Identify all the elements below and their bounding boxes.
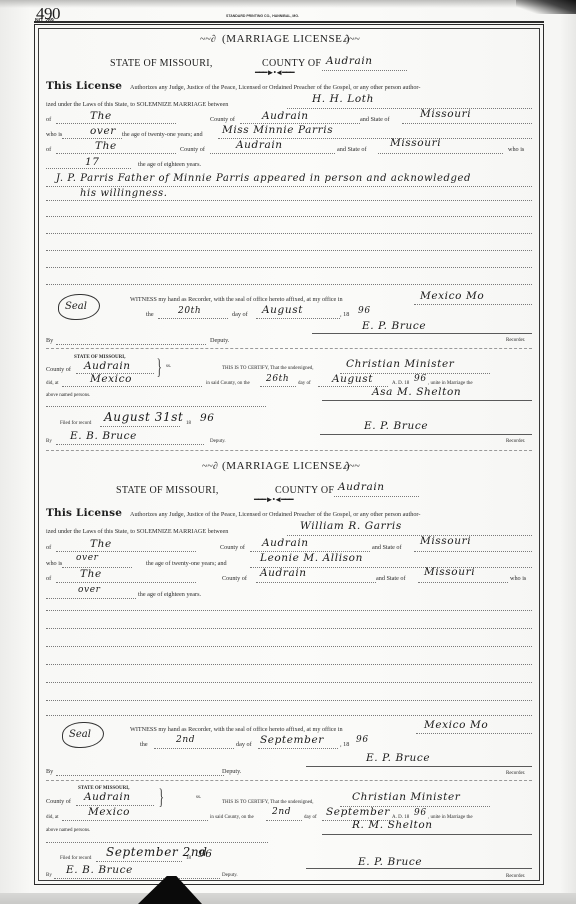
license-county: Audrain	[326, 55, 373, 67]
ceremony-month: August	[332, 373, 373, 385]
ornament-rule: ━━━►•◄━━━	[254, 495, 293, 504]
bride-name: Leonie M. Allison	[260, 552, 363, 564]
recorder-signature: E. P. Bruce	[362, 320, 426, 332]
bride-county: Audrain	[260, 567, 307, 579]
filed-year: 96	[198, 848, 213, 860]
ceremony-month: September	[326, 806, 390, 818]
ceremony-day: 2nd	[272, 807, 291, 817]
witness-text: WITNESS my hand as Recorder, with the se…	[130, 296, 343, 303]
witness-month: September	[260, 734, 324, 746]
ledger-page: 490 NO. 289 STANDARD PRINTING CO., HANNI…	[0, 0, 576, 904]
printer-line: STANDARD PRINTING CO., HANNIBAL, MO.	[226, 14, 299, 18]
page-frame-inner	[38, 28, 540, 881]
cert-county: Audrain	[84, 360, 131, 372]
filed-recorder-signature: E. P. Bruce	[364, 420, 428, 432]
title-flourish-left: ~~∂	[200, 34, 216, 45]
bride-state: Missouri	[390, 137, 441, 149]
license-county: Audrain	[338, 481, 385, 493]
filed-recorder-signature: E. P. Bruce	[358, 856, 422, 868]
scan-edge-shadow	[0, 0, 576, 8]
license-title: (MARRIAGE LICENSE.)	[222, 460, 350, 472]
groom-state: Missouri	[420, 535, 471, 547]
deputy-signature: E. B. Bruce	[66, 864, 133, 876]
groom-county: Audrain	[262, 110, 309, 122]
authorizes-text: Authorizes any Judge, Justice of the Pea…	[130, 84, 420, 91]
this-license-heading: This License	[46, 80, 122, 92]
groom-county: Audrain	[262, 537, 309, 549]
groom-county-prefix: The	[90, 110, 112, 122]
witness-year: 96	[356, 735, 369, 745]
witness-place: Mexico Mo	[424, 719, 488, 731]
officiant-title: Christian Minister	[346, 358, 454, 370]
filed-year: 96	[200, 412, 215, 424]
ceremony-year: 96	[414, 374, 427, 384]
state-label: STATE OF MISSOURI,	[116, 485, 219, 496]
ornament-rule: ━━━►•◄━━━	[255, 68, 294, 77]
groom-age: over	[76, 553, 99, 563]
filed-date: August 31st	[104, 410, 183, 424]
title-flourish-right: ∂~~	[344, 34, 360, 45]
scan-corner-shadow	[516, 0, 576, 14]
ceremony-day: 26th	[266, 374, 289, 384]
cert-county: Audrain	[84, 791, 131, 803]
groom-state: Missouri	[420, 108, 471, 120]
groom-name: William R. Garris	[300, 520, 402, 532]
state-label: STATE OF MISSOURI,	[110, 58, 213, 69]
next-page-edge	[0, 893, 576, 904]
bride-age: 17	[85, 156, 100, 168]
bride-age: over	[78, 585, 101, 595]
officiant-signature: Asa M. Shelton	[372, 386, 461, 398]
ized-under-text: ized under the Laws of this State, to SO…	[46, 101, 228, 108]
consent-note-line-2: his willingness.	[80, 188, 168, 199]
header-rule	[34, 21, 544, 23]
bride-county-prefix: The	[80, 568, 102, 580]
bride-name: Miss Minnie Parris	[222, 124, 333, 136]
witness-month: August	[262, 304, 303, 316]
groom-name: H. H. Loth	[312, 93, 374, 105]
groom-county-prefix: The	[90, 538, 112, 550]
license-title: (MARRIAGE LICENSE.)	[222, 33, 350, 45]
bride-state: Missouri	[424, 566, 475, 578]
witness-place: Mexico Mo	[420, 290, 484, 302]
ceremony-place: Mexico	[88, 806, 130, 818]
witness-day: 20th	[178, 306, 201, 316]
this-license-heading: This License	[46, 507, 122, 519]
witness-day: 2nd	[176, 735, 195, 745]
ceremony-place: Mexico	[90, 373, 132, 385]
consent-note-line-1: J. P. Parris Father of Minnie Parris app…	[56, 173, 471, 184]
deputy-signature: E. B. Bruce	[70, 430, 137, 442]
ceremony-year: 96	[414, 808, 427, 818]
bride-county: Audrain	[236, 139, 283, 151]
filed-date: September 2nd	[106, 845, 208, 859]
recorder-signature: E. P. Bruce	[366, 752, 430, 764]
witness-year: 96	[358, 306, 371, 316]
officiant-signature: R. M. Shelton	[352, 819, 433, 831]
officiant-title: Christian Minister	[352, 791, 460, 803]
bride-county-prefix: The	[95, 140, 117, 152]
groom-age: over	[90, 125, 116, 137]
